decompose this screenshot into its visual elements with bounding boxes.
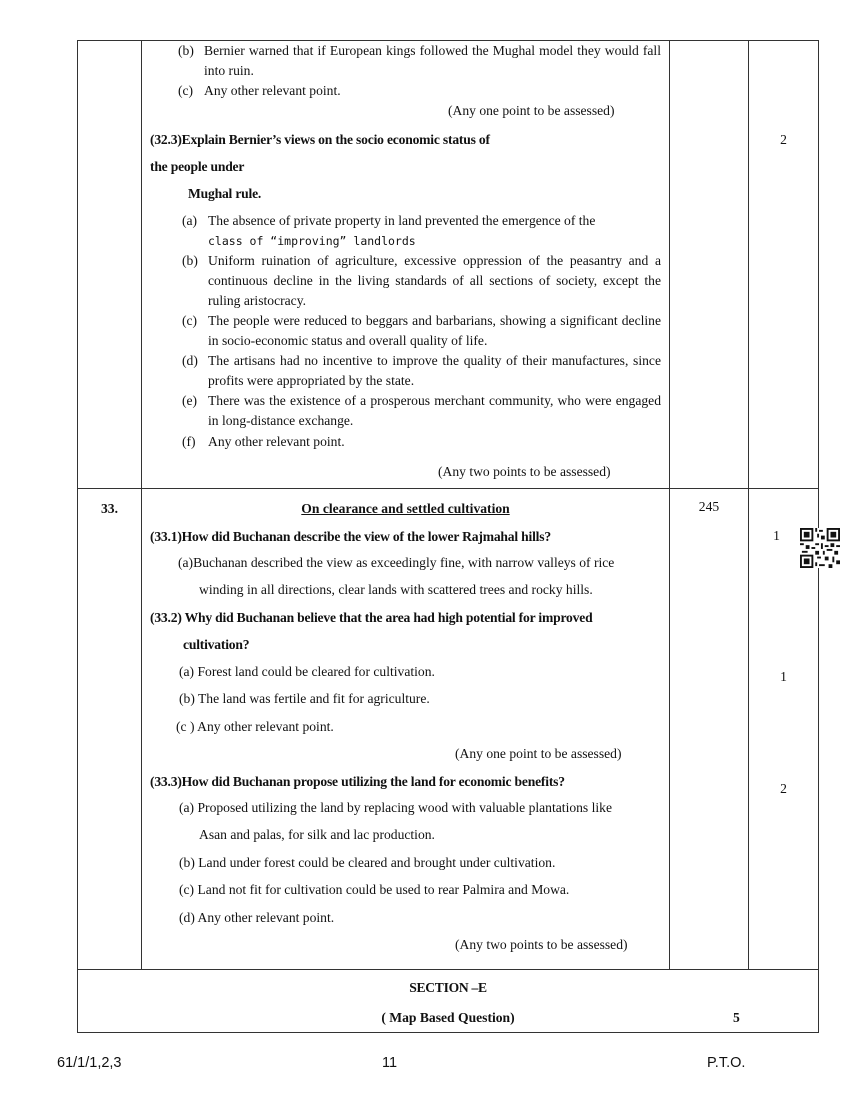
section-e-title: SECTION –E <box>78 980 818 996</box>
point-label: (b) <box>182 251 198 271</box>
list-item: (b) Uniform ruination of agriculture, ex… <box>182 251 661 311</box>
answer-cell-q32: (b) Bernier warned that if European king… <box>142 41 670 489</box>
marks-33-3: 2 <box>749 781 818 797</box>
section-e-subtitle: ( Map Based Question) <box>78 1010 818 1026</box>
qr-code-icon <box>800 528 840 568</box>
point-text: Any other relevant point. <box>182 432 661 452</box>
footer-page-number: 11 <box>382 1055 397 1071</box>
question-number-cell <box>78 41 142 489</box>
question-33-title: On clearance and settled cultivation <box>142 499 669 519</box>
question-33-1: (33.1)How did Buchanan describe the view… <box>150 527 551 547</box>
list-item: (d) Any other relevant point. <box>179 908 334 928</box>
list-item-continued: Asan and palas, for silk and lac product… <box>199 825 435 845</box>
point-text-continued: class of “improving” landlords <box>182 231 661 251</box>
point-label: (a) <box>182 211 197 231</box>
marks-cell-q32: 2 <box>749 41 819 489</box>
list-item: (c) Land not fit for cultivation could b… <box>179 880 569 900</box>
list-item: (b) Bernier warned that if European king… <box>178 41 661 81</box>
answer-cell-q33: On clearance and settled cultivation (33… <box>142 489 670 970</box>
point-text: Bernier warned that if European kings fo… <box>178 41 661 81</box>
section-e-marks: 5 <box>733 1010 740 1026</box>
point-label: (d) <box>182 351 198 371</box>
list-item: (a) The absence of private property in l… <box>182 211 661 251</box>
answer-33-1-line1: (a)Buchanan described the view as exceed… <box>178 553 614 573</box>
assessment-note: (Any one point to be assessed) <box>455 744 622 764</box>
point-text: There was the existence of a prosperous … <box>182 391 661 431</box>
point-text: The absence of private property in land … <box>182 211 661 231</box>
footer-paper-code: 61/1/1,2,3 <box>57 1055 122 1071</box>
question-33-3: (33.3)How did Buchanan propose utilizing… <box>150 772 565 792</box>
question-32-3: (32.3)Explain Bernier’s views on the soc… <box>150 130 490 150</box>
question-32-3-line2: the people under <box>150 157 244 177</box>
footer-pto: P.T.O. <box>707 1055 745 1071</box>
point-label: (e) <box>182 391 197 411</box>
point-label: (b) <box>178 41 194 61</box>
point-text: Any other relevant point. <box>178 81 661 101</box>
list-item: (e) There was the existence of a prosper… <box>182 391 661 431</box>
page-ref-245: 245 <box>670 489 749 970</box>
assessment-note: (Any two points to be assessed) <box>438 462 611 482</box>
point-label: (f) <box>182 432 196 452</box>
assessment-note: (Any two points to be assessed) <box>455 935 628 955</box>
marking-scheme-table: (b) Bernier warned that if European king… <box>77 40 819 1033</box>
point-text: The people were reduced to beggars and b… <box>182 311 661 351</box>
page-ref-cell <box>670 41 749 489</box>
list-item: (d) The artisans had no incentive to imp… <box>182 351 661 391</box>
marks-32-3: 2 <box>749 132 818 148</box>
question-33-2-line2: cultivation? <box>183 635 249 655</box>
list-item: (b) Land under forest could be cleared a… <box>179 853 555 873</box>
marks-33-2: 1 <box>749 669 818 685</box>
document-page: (b) Bernier warned that if European king… <box>0 0 850 1100</box>
question-number-33: 33. <box>78 489 142 970</box>
list-item: (a) Proposed utilizing the land by repla… <box>179 798 612 818</box>
list-item: (c ) Any other relevant point. <box>176 717 334 737</box>
point-label: (c) <box>178 81 193 101</box>
list-item: (b) The land was fertile and fit for agr… <box>179 689 430 709</box>
question-32-3-line3: Mughal rule. <box>188 184 261 204</box>
point-label: (c) <box>182 311 197 331</box>
table-row-q32: (b) Bernier warned that if European king… <box>78 41 819 489</box>
list-item: (c) Any other relevant point. <box>178 81 661 101</box>
table-row-q33: 33. On clearance and settled cultivation… <box>78 489 819 970</box>
answer-33-1-line2: winding in all directions, clear lands w… <box>199 580 593 600</box>
point-text: The artisans had no incentive to improve… <box>182 351 661 391</box>
list-item: (f) Any other relevant point. <box>182 432 661 452</box>
table-row-section-e: SECTION –E ( Map Based Question) 5 <box>78 970 819 1033</box>
assessment-note: (Any one point to be assessed) <box>448 101 615 121</box>
question-33-2: (33.2) Why did Buchanan believe that the… <box>150 608 592 628</box>
list-item: (a) Forest land could be cleared for cul… <box>179 662 435 682</box>
point-text: Uniform ruination of agriculture, excess… <box>182 251 661 311</box>
section-e-cell: SECTION –E ( Map Based Question) 5 <box>78 970 819 1033</box>
list-item: (c) The people were reduced to beggars a… <box>182 311 661 351</box>
